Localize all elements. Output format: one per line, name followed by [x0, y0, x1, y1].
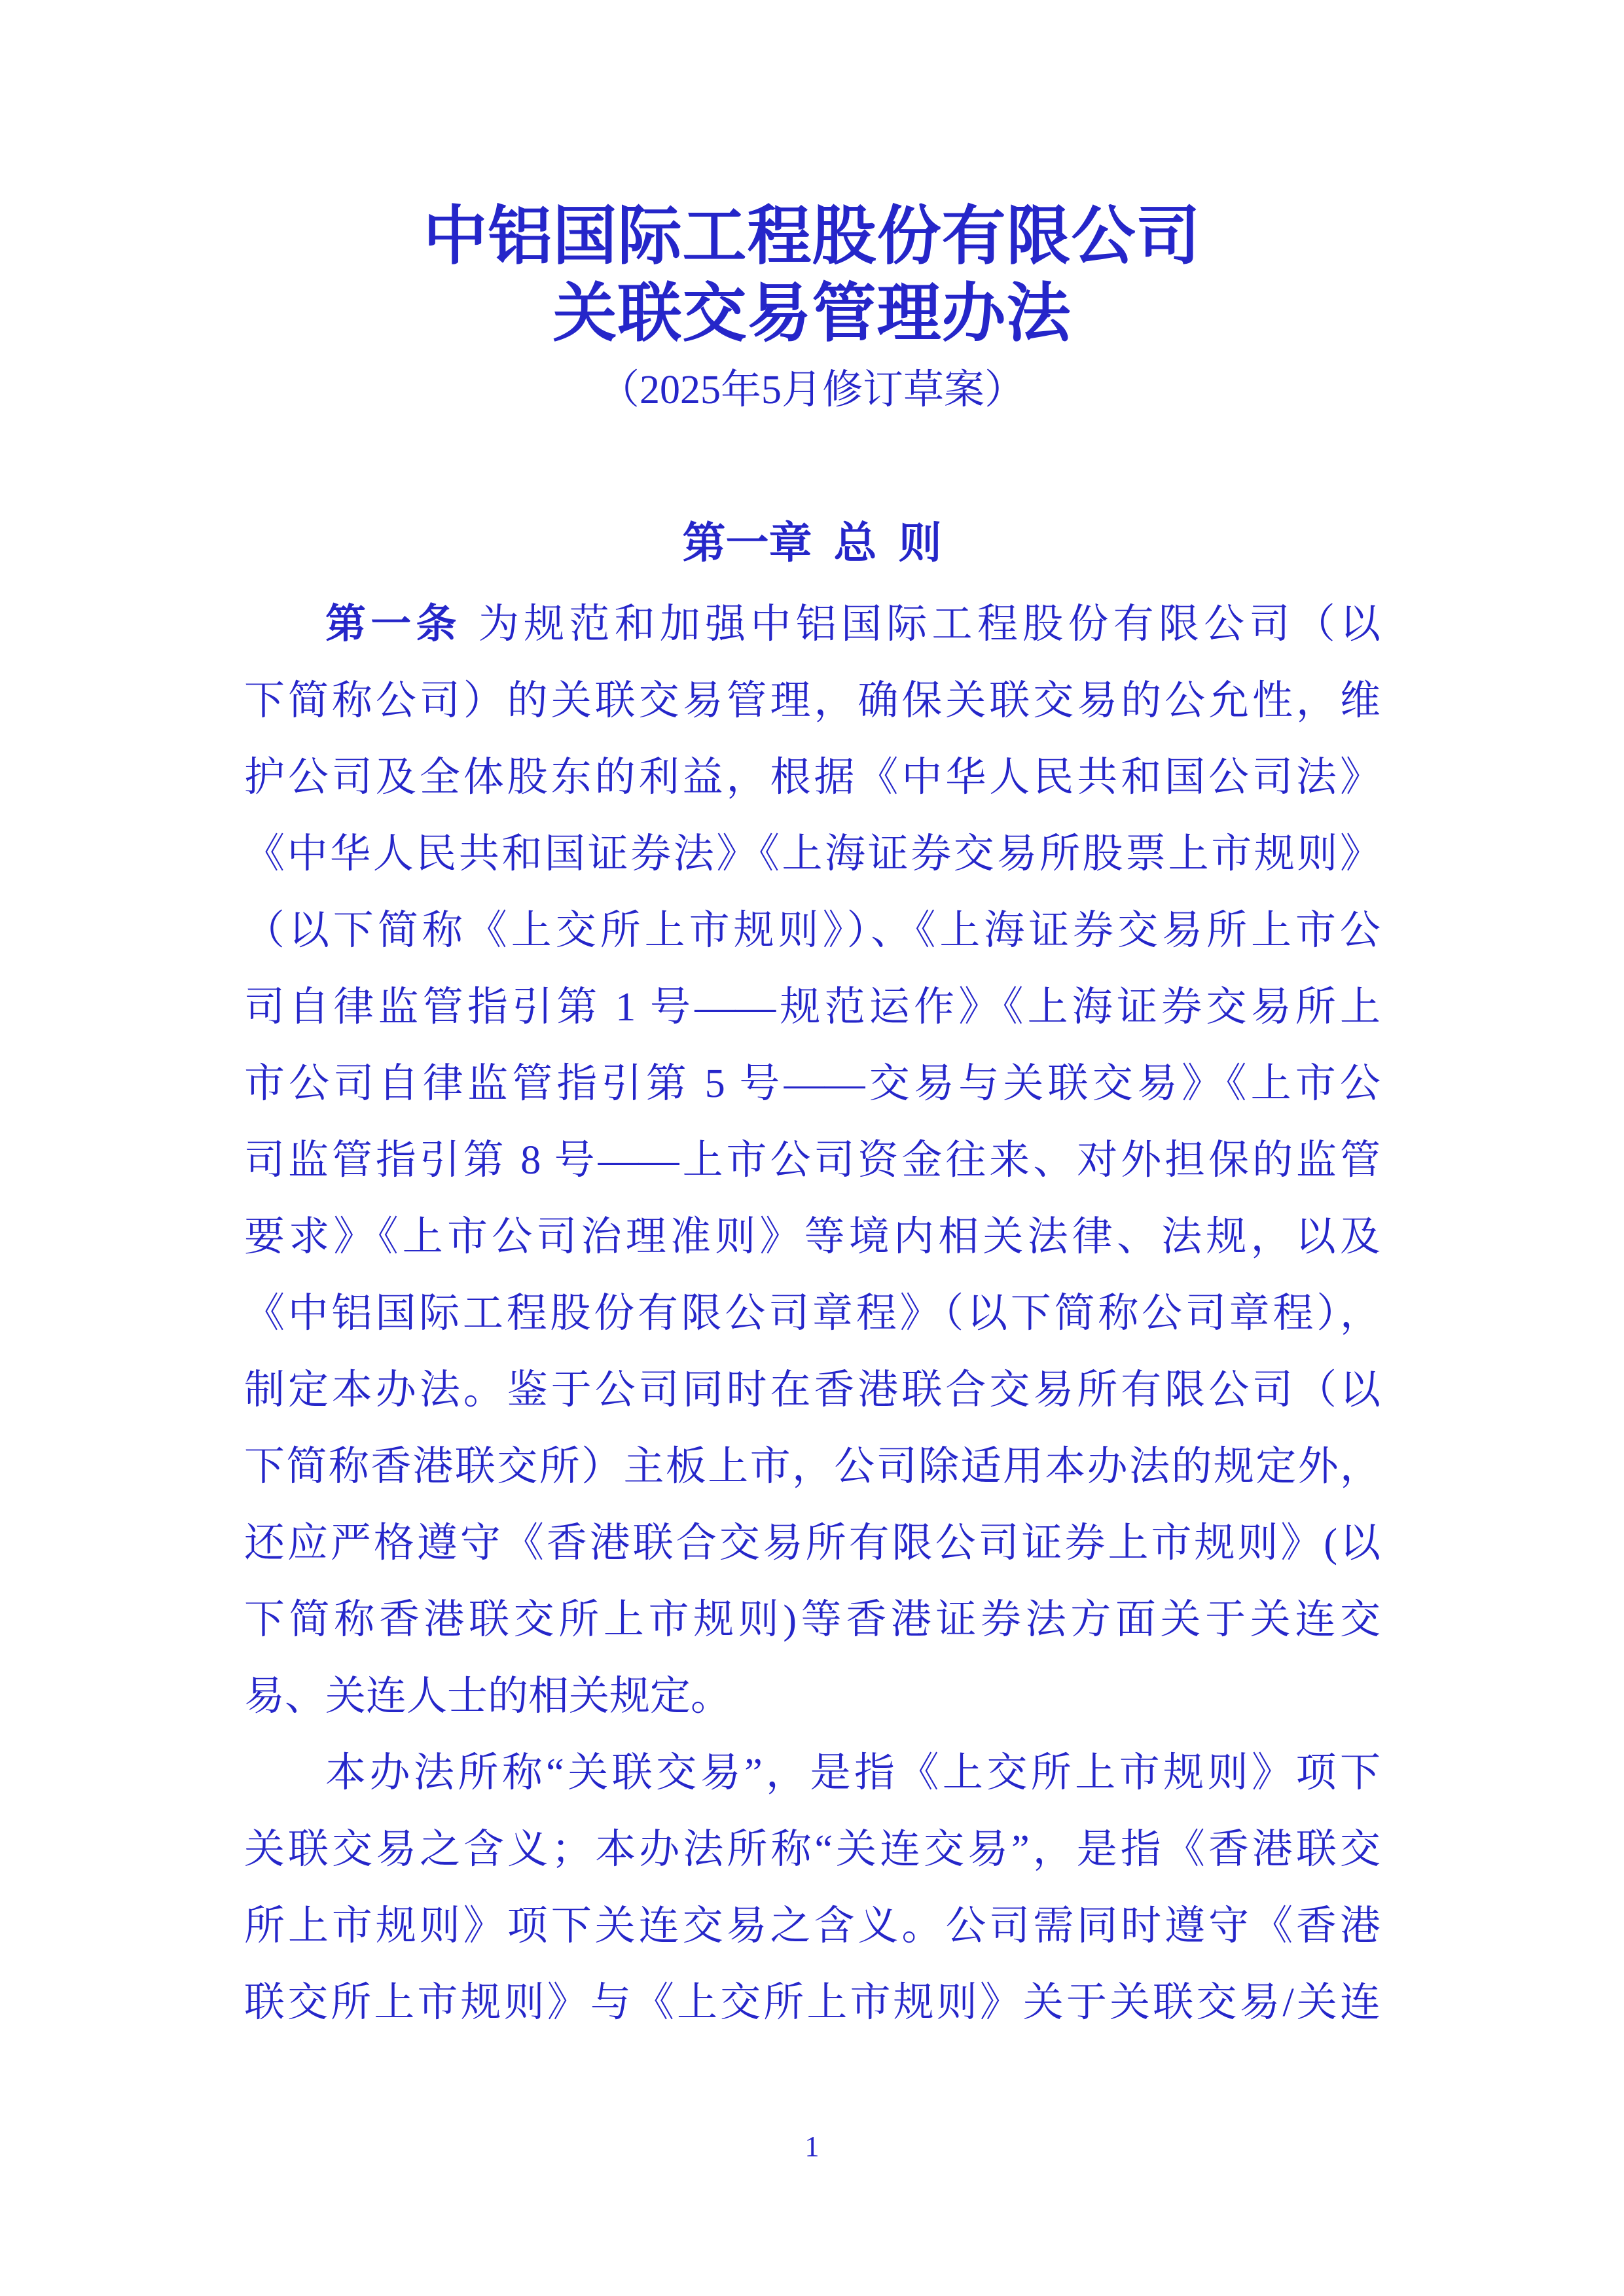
body-line: 本办法所称“关联交易”，是指《上交所上市规则》项下 — [244, 1735, 1380, 1812]
body-line: 《中华人民共和国证券法》《上海证券交易所股票上市规则》 — [244, 816, 1380, 893]
body-line: 第一条为规范和加强中铝国际工程股份有限公司（以 — [244, 586, 1380, 663]
title-line-1: 中铝国际工程股份有限公司 — [0, 198, 1624, 276]
body-line: 下简称香港联交所）主板上市，公司除适用本办法的规定外， — [244, 1429, 1380, 1505]
document-subtitle: （2025年5月修订草案） — [0, 364, 1624, 416]
body-line: 所上市规则》项下关连交易之含义。公司需同时遵守《香港 — [244, 1888, 1380, 1965]
body-text: 第一条为规范和加强中铝国际工程股份有限公司（以下简称公司）的关联交易管理，确保关… — [244, 586, 1380, 2041]
document-page: 中铝国际工程股份有限公司 关联交易管理办法 （2025年5月修订草案） 第一章 … — [0, 0, 1624, 2296]
body-line: 关联交易之含义；本办法所称“关连交易”，是指《香港联交 — [244, 1812, 1380, 1888]
page-number: 1 — [0, 2127, 1624, 2166]
body-line: 《中铝国际工程股份有限公司章程》（以下简称公司章程）， — [244, 1276, 1380, 1352]
body-line: 易、关连人士的相关规定。 — [244, 1659, 1380, 1735]
body-line: 还应严格遵守《香港联合交易所有限公司证券上市规则》(以 — [244, 1505, 1380, 1582]
body-line: 市公司自律监管指引第 5 号——交易与关联交易》《上市公 — [244, 1046, 1380, 1122]
body-line: （以下简称《上交所上市规则》）、《上海证券交易所上市公 — [244, 893, 1380, 969]
title-line-2: 关联交易管理办法 — [0, 276, 1624, 353]
document-title: 中铝国际工程股份有限公司 关联交易管理办法 — [0, 198, 1624, 353]
article-number-label: 第一条 — [325, 601, 461, 647]
body-line: 司自律监管指引第 1 号——规范运作》《上海证券交易所上 — [244, 969, 1380, 1046]
body-line: 制定本办法。鉴于公司同时在香港联合交易所有限公司（以 — [244, 1352, 1380, 1429]
body-line: 护公司及全体股东的利益，根据《中华人民共和国公司法》 — [244, 740, 1380, 816]
chapter-heading: 第一章 总 则 — [0, 510, 1624, 575]
body-line: 联交所上市规则》与《上交所上市规则》关于关联交易/关连 — [244, 1965, 1380, 2041]
body-line: 下简称香港联交所上市规则)等香港证券法方面关于关连交 — [244, 1582, 1380, 1659]
body-line: 下简称公司）的关联交易管理，确保关联交易的公允性，维 — [244, 663, 1380, 740]
body-line: 司监管指引第 8 号——上市公司资金往来、对外担保的监管 — [244, 1122, 1380, 1199]
body-line: 要求》《上市公司治理准则》等境内相关法律、法规，以及 — [244, 1199, 1380, 1276]
